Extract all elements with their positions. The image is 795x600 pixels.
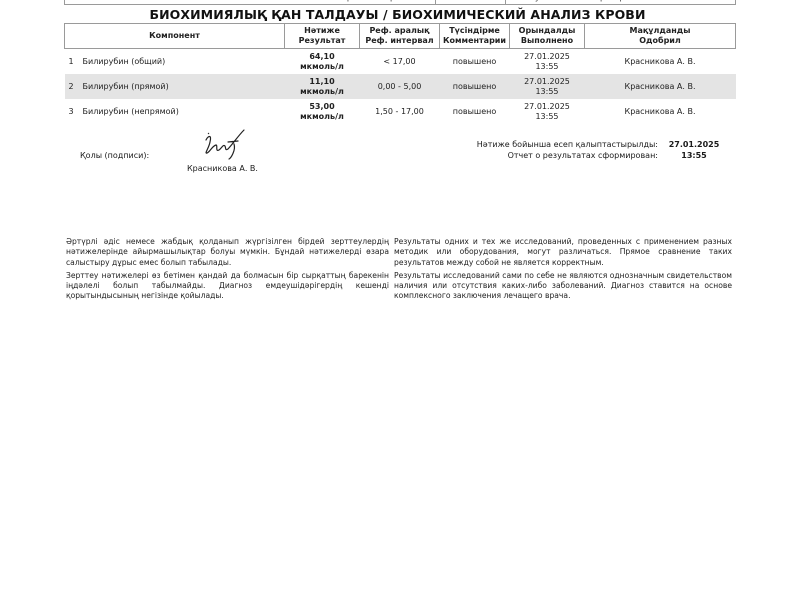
header-approved: МақұлдандыОдобрил [585,24,736,49]
done-cell: 27.01.2025 13:55 [510,99,585,124]
divider [435,0,436,4]
ref-cell: < 17,00 [360,49,440,75]
header-component: Компонент [65,24,285,49]
header-result: НәтижеРезультат [285,24,360,49]
signature-label: Қолы (подписи): [80,151,149,160]
comment-cell: повышено [440,49,510,75]
table-row: 1Билирубин (общий) 64,10мкмоль/л < 17,00… [65,49,736,75]
lab-label: Поступление в лабораторию [515,0,637,4]
signature-block: Қолы (подписи): Красникова А. В. [80,128,340,178]
results-table: Компонент НәтижеРезультат Реф. аралықРеф… [64,23,736,124]
result-cell: 53,00мкмоль/л [285,99,360,124]
disclaimer-ru: Результаты одних и тех же исследований, … [394,237,732,305]
sample-info-strip: Забор биоматериала 11:20 Поступление в л… [64,0,736,5]
ref-cell: 1,50 - 17,00 [360,99,440,124]
lab-time: 15:15 [703,0,726,4]
header-ref: Реф. аралықРеф. интервал [360,24,440,49]
done-cell: 27.01.2025 13:55 [510,74,585,99]
sample-label: Забор биоматериала [327,0,415,4]
done-cell: 27.01.2025 13:55 [510,49,585,75]
approved-cell: Красникова А. В. [585,49,736,75]
result-cell: 11,10мкмоль/л [285,74,360,99]
table-row: 2Билирубин (прямой) 11,10мкмоль/л 0,00 -… [65,74,736,99]
disclaimer-kz: Әртүрлі әдіс немесе жабдық қолданып жүрг… [66,237,389,305]
sample-time: 11:20 [445,0,468,4]
header-comment: ТүсіндірмеКомментарии [440,24,510,49]
divider [505,0,506,4]
disclaimer-kz-2: Зерттеу нәтижелері өз бетімен қандай да … [66,271,389,302]
approved-cell: Красникова А. В. [585,74,736,99]
table-row: 3Билирубин (непрямой) 53,00мкмоль/л 1,50… [65,99,736,124]
disclaimer-ru-2: Результаты исследований сами по себе не … [394,271,732,302]
table-header-row: Компонент НәтижеРезультат Реф. аралықРеф… [65,24,736,49]
comment-cell: повышено [440,74,510,99]
component-cell: 1Билирубин (общий) [65,49,285,75]
report-label-kz: Нәтиже бойынша есеп қалыптастырылды: [477,139,658,150]
ref-cell: 0,00 - 5,00 [360,74,440,99]
result-cell: 64,10мкмоль/л [285,49,360,75]
comment-cell: повышено [440,99,510,124]
approved-cell: Красникова А. В. [585,99,736,124]
signer-name: Красникова А. В. [187,164,258,173]
disclaimer-ru-1: Результаты одних и тех же исследований, … [394,237,732,268]
report-info: Нәтиже бойынша есеп қалыптастырылды: 27.… [450,139,740,161]
signature-icon [198,128,258,162]
report-date: 27.01.2025 [664,139,724,150]
component-cell: 3Билирубин (непрямой) [65,99,285,124]
header-done: ОрындалдыВыполнено [510,24,585,49]
disclaimer-kz-1: Әртүрлі әдіс немесе жабдық қолданып жүрг… [66,237,389,268]
report-label-ru: Отчет о результатах сформирован: [508,150,658,161]
document-title: БИОХИМИЯЛЫҚ ҚАН ТАЛДАУЫ / БИОХИМИЧЕСКИЙ … [0,7,795,22]
report-time: 13:55 [664,150,724,161]
component-cell: 2Билирубин (прямой) [65,74,285,99]
